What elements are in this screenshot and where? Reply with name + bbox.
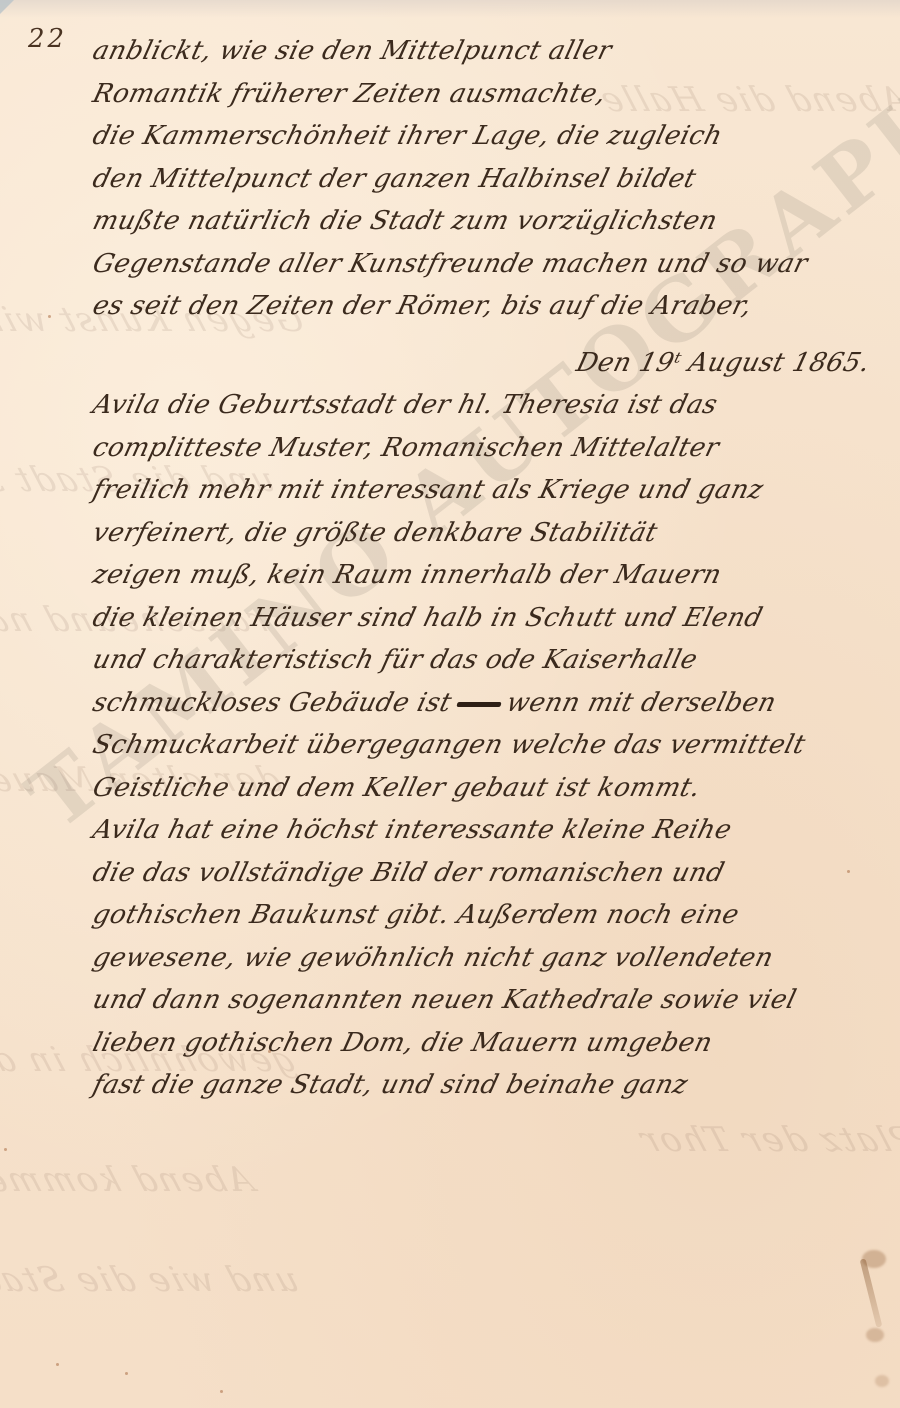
text-line: mußte natürlich die Stadt zum vorzüglich… <box>88 200 899 243</box>
page-top-shadow <box>0 0 900 18</box>
text-line: und charakteristisch für das ode Kaiserh… <box>88 639 899 682</box>
text-line: die kleinen Häuser sind halb in Schutt u… <box>88 597 899 640</box>
text-line: Avila hat eine höchst interessante klein… <box>88 809 899 852</box>
text-line: zeigen muß, kein Raum innerhalb der Maue… <box>88 554 899 597</box>
text-segment: schmuckloses Gebäude ist <box>90 688 455 718</box>
text-line: Schmuckarbeit übergegangen welche das ve… <box>88 724 899 767</box>
text-line: es seit den Zeiten der Römer, bis auf di… <box>88 285 899 328</box>
ink-stain <box>875 1375 889 1387</box>
manuscript-text: anblickt, wie sie den Mittelpunct aller … <box>88 30 888 1107</box>
corner-fold <box>0 0 14 14</box>
text-segment: wenn mit derselben <box>503 688 779 718</box>
text-line: die das vollständige Bild der romanische… <box>88 852 899 895</box>
text-line-with-dash: schmuckloses Gebäude istwenn mit derselb… <box>88 682 899 725</box>
paper-fleck <box>268 1050 271 1053</box>
text-line: die Kammerschönheit ihrer Lage, die zugl… <box>88 115 899 158</box>
text-line: gothischen Baukunst gibt. Außerdem noch … <box>88 894 899 937</box>
text-line: Gegenstande aller Kunstfreunde machen un… <box>88 243 899 286</box>
text-line: und dann sogenannten neuen Kathedrale so… <box>88 979 899 1022</box>
text-line: anblickt, wie sie den Mittelpunct aller <box>88 30 899 73</box>
ink-stain <box>866 1328 884 1342</box>
paper-fleck <box>48 315 51 318</box>
page-number: 22 <box>28 24 67 54</box>
text-line: fast die ganze Stadt, und sind beinahe g… <box>88 1064 899 1107</box>
ink-stain-trail <box>860 1258 883 1327</box>
manuscript-page: Gegen Kunst wird und die Stadt so rausch… <box>0 0 900 1408</box>
paper-fleck <box>56 1363 59 1366</box>
text-line: verfeinert, die größte denkbare Stabilit… <box>88 512 899 555</box>
text-line: Romantik früherer Zeiten ausmachte, <box>88 73 899 116</box>
text-line: lieben gothischen Dom, die Mauern umgebe… <box>88 1022 899 1065</box>
text-line: den Mittelpunct der ganzen Halbinsel bil… <box>88 158 899 201</box>
text-line: complitteste Muster, Romanischen Mittela… <box>88 427 899 470</box>
paper-fleck <box>4 1148 7 1151</box>
paper-fleck <box>847 870 850 873</box>
text-line: Avila die Geburtsstadt der hl. Theresia … <box>88 384 899 427</box>
paper-fleck <box>220 1390 223 1393</box>
text-line: gewesene, wie gewöhnlich nicht ganz voll… <box>88 937 899 980</box>
text-line: freilich mehr mit interessant als Kriege… <box>88 469 899 512</box>
paper-fleck <box>125 1372 128 1375</box>
date-line: Den 19ᵗ August 1865. <box>88 342 899 385</box>
dash-mark <box>456 701 501 706</box>
text-line: Geistliche und dem Keller gebaut ist kom… <box>88 767 899 810</box>
